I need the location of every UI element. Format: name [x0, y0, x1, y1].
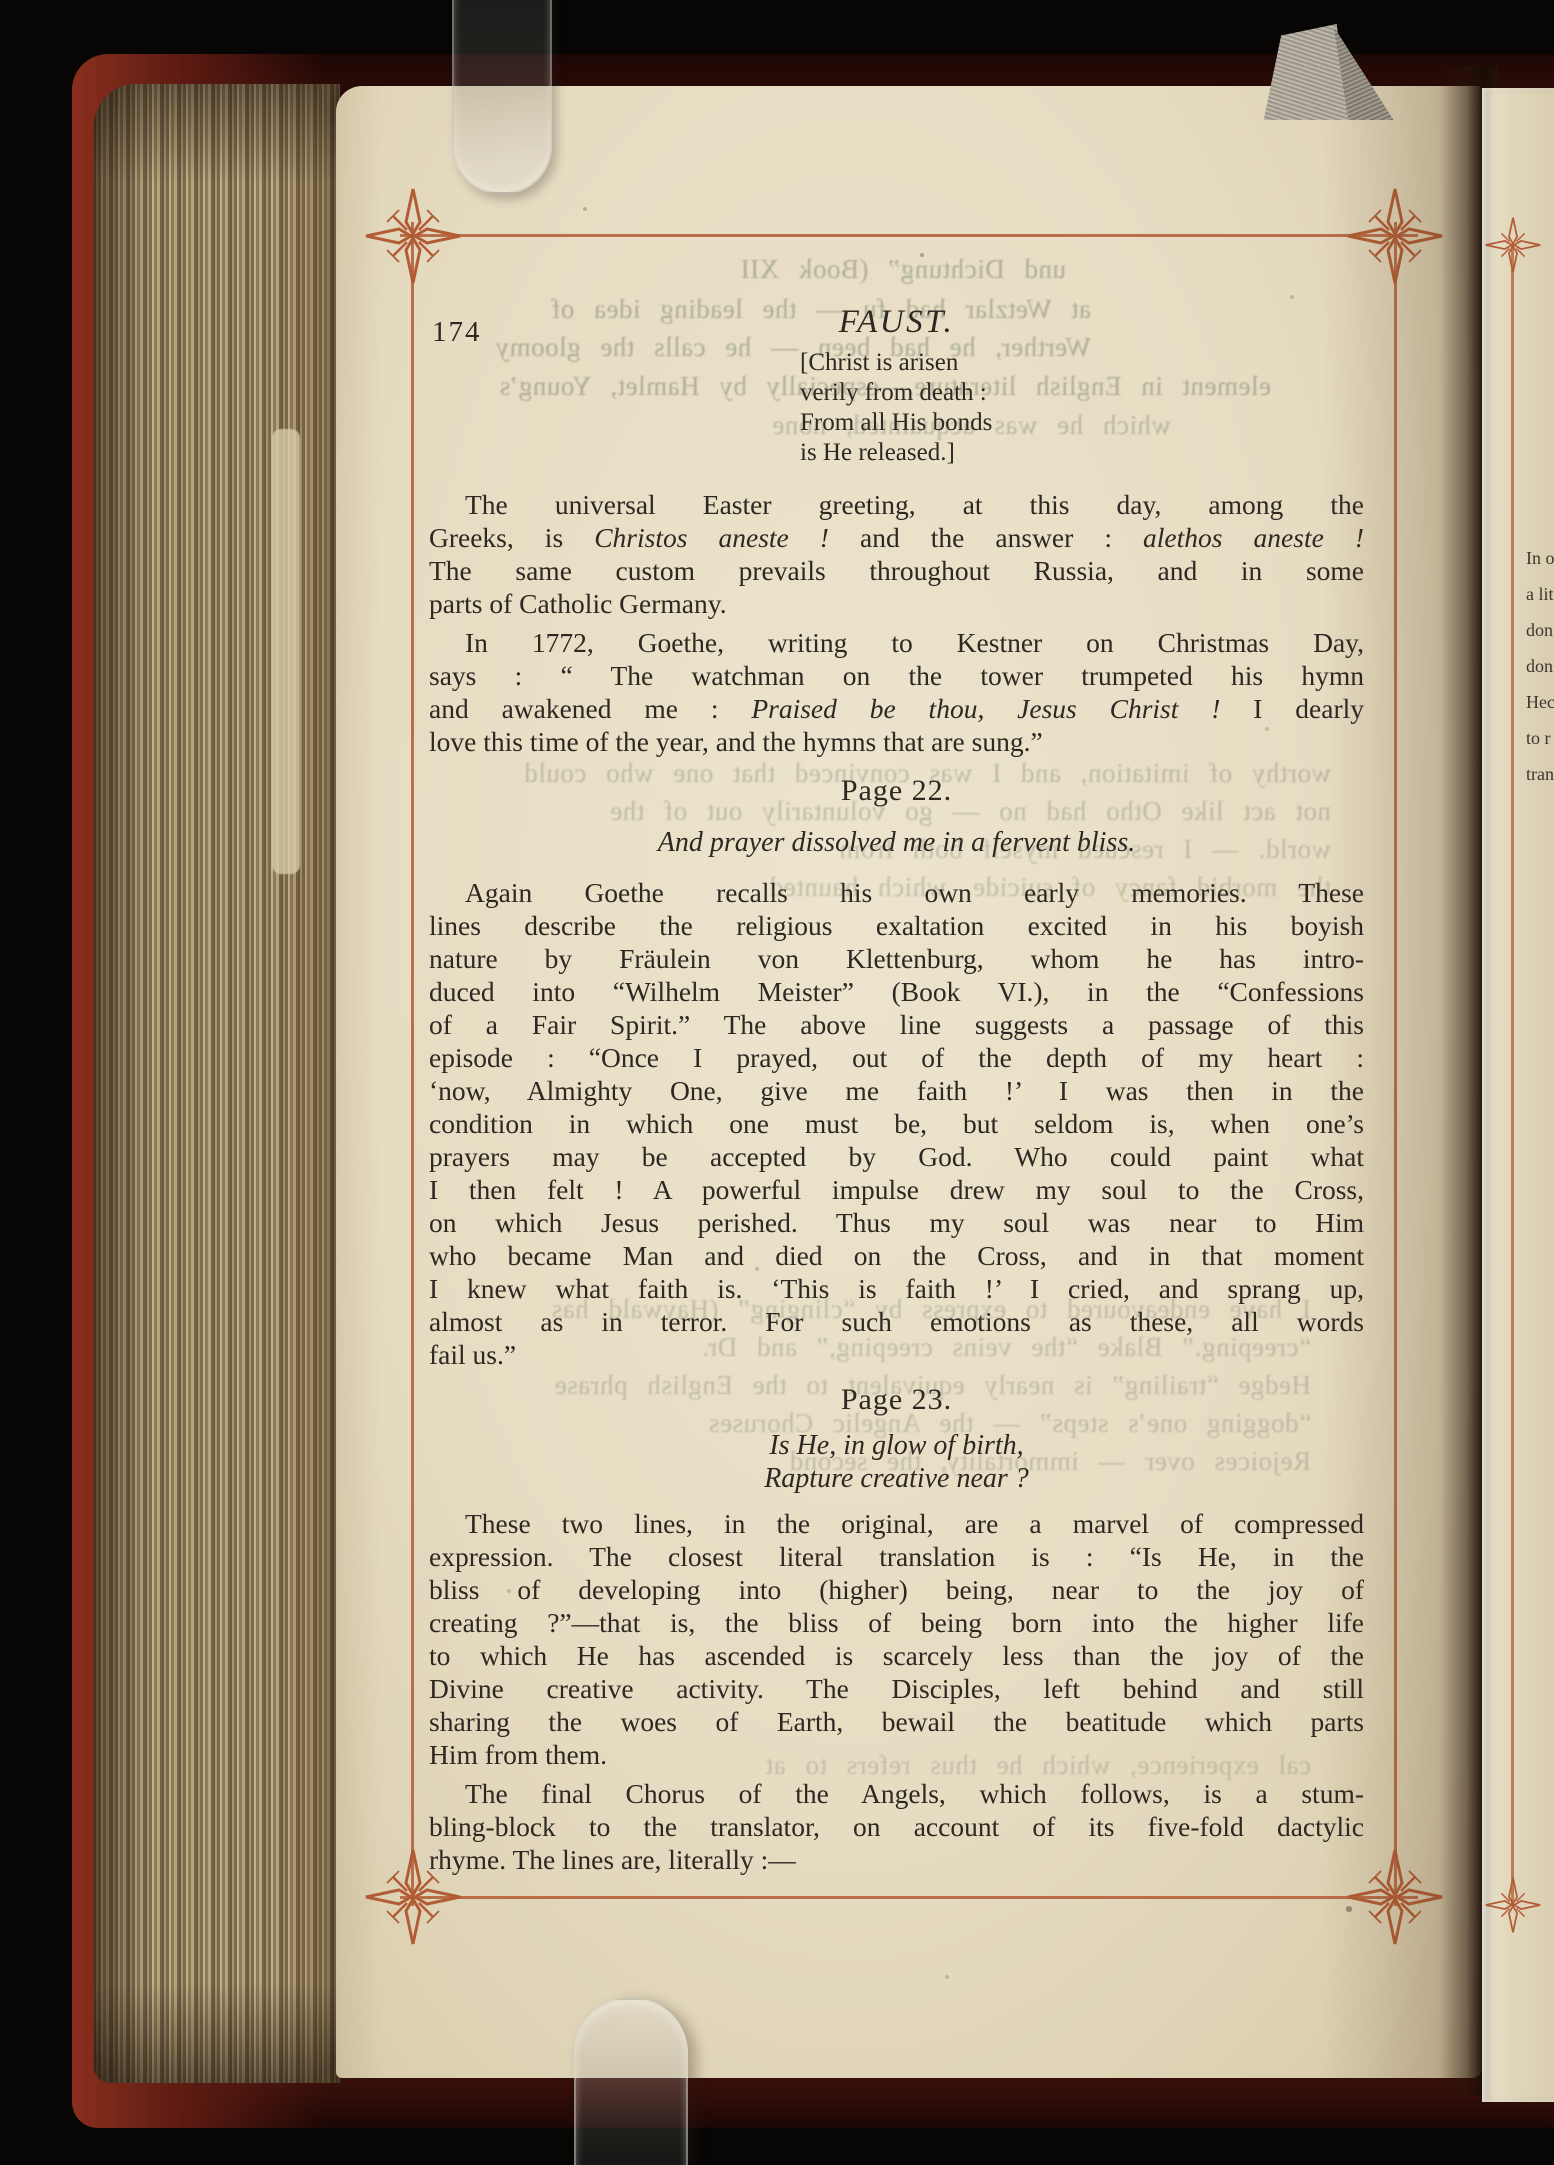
text-line: Again Goethe recalls his own early memor…: [429, 876, 1364, 909]
text-line: who became Man and died on the Cross, an…: [429, 1239, 1364, 1272]
corner-cross-ornament-top-right: [1345, 186, 1445, 286]
text-line: The same custom prevails throughout Russ…: [429, 554, 1364, 587]
photo-backdrop: und Dichtung” (Book XII at Wetzlar had f…: [0, 0, 1554, 2165]
page-edge-repair-strip: [272, 429, 300, 874]
page-edge-stack: [94, 84, 340, 2083]
text-line: creating ?”—that is, the bliss of being …: [429, 1606, 1364, 1639]
paragraph-4: These two lines, in the original, are a …: [429, 1507, 1364, 1771]
frame-border-left: [411, 222, 414, 1906]
text-line: of a Fair Spirit.” The above line sugges…: [429, 1008, 1364, 1041]
text-line: to which He has ascended is scarcely les…: [429, 1639, 1364, 1672]
transparent-clip-bottom: [574, 1998, 688, 2165]
right-page-text-fragment: Hec: [1526, 684, 1554, 720]
frame-border-bottom: [400, 1896, 1418, 1899]
quoted-verse-page-22: And prayer dissolved me in a fervent bli…: [429, 826, 1364, 859]
text-line: ‘now, Almighty One, give me faith !’ I w…: [429, 1074, 1364, 1107]
text-line: sharing the woes of Earth, bewail the be…: [429, 1705, 1364, 1738]
paragraph-2: In 1772, Goethe, writing to Kestner on C…: [429, 626, 1364, 758]
section-heading-page-23: Page 23.: [429, 1383, 1364, 1417]
text-line: love this time of the year, and the hymn…: [429, 725, 1364, 758]
text-line: says : “ The watchman on the tower trump…: [429, 659, 1364, 692]
text-line: parts of Catholic Germany.: [429, 587, 1364, 620]
epigraph-line: is He released.]: [800, 438, 992, 468]
right-page-frame-border: [1511, 246, 1514, 1906]
epigraph-line: verily from death :: [800, 378, 992, 408]
text-line: The universal Easter greeting, at this d…: [429, 488, 1364, 521]
corner-cross-ornament-top-left: [363, 186, 463, 286]
text-line: expression. The closest literal translat…: [429, 1540, 1364, 1573]
text-line: and awakened me : Praised be thou, Jesus…: [429, 692, 1364, 725]
right-page-text-fragment: a lit: [1526, 576, 1554, 612]
text-line: bliss of developing into (higher) being,…: [429, 1573, 1364, 1606]
transparent-clip-top: [452, 0, 552, 194]
right-page-text-fragment: don: [1526, 612, 1553, 648]
text-line: I then felt ! A powerful impulse drew my…: [429, 1173, 1364, 1206]
right-page-text-fragment: to r: [1526, 720, 1551, 756]
right-page-cross-ornament-bottom: [1484, 1876, 1542, 1934]
text-line: Greeks, is Christos aneste ! and the ans…: [429, 521, 1364, 554]
paragraph-3: Again Goethe recalls his own early memor…: [429, 876, 1364, 1371]
frame-border-top: [400, 234, 1418, 237]
right-page-text-fragment: tran: [1526, 756, 1554, 792]
text-line: episode : “Once I prayed, out of the dep…: [429, 1041, 1364, 1074]
text-line: almost as in terror. For such emotions a…: [429, 1305, 1364, 1338]
epigraph-line: From all His bonds: [800, 408, 992, 438]
text-line: on which Jesus perished. Thus my soul wa…: [429, 1206, 1364, 1239]
text-line: Him from them.: [429, 1738, 1364, 1771]
text-line: In 1772, Goethe, writing to Kestner on C…: [429, 626, 1364, 659]
text-line: These two lines, in the original, are a …: [429, 1507, 1364, 1540]
text-line: I knew what faith is. ‘This is faith !’ …: [429, 1272, 1364, 1305]
paragraph-5: The final Chorus of the Angels, which fo…: [429, 1777, 1364, 1876]
text-line: bling-block to the translator, on accoun…: [429, 1810, 1364, 1843]
quoted-verse-page-23: Is He, in glow of birth, Rapture creativ…: [429, 1429, 1364, 1495]
right-page-text-fragment: In o: [1526, 540, 1554, 576]
text-line: fail us.”: [429, 1338, 1364, 1371]
text-line: rhyme. The lines are, literally :—: [429, 1843, 1364, 1876]
epigraph-line: [Christ is arisen: [800, 348, 992, 378]
paragraph-1: The universal Easter greeting, at this d…: [429, 488, 1364, 620]
quote-line: Rapture creative near ?: [429, 1462, 1364, 1495]
text-line: Divine creative activity. The Disciples,…: [429, 1672, 1364, 1705]
text-line: prayers may be accepted by God. Who coul…: [429, 1140, 1364, 1173]
text-line: condition in which one must be, but seld…: [429, 1107, 1364, 1140]
left-page: und Dichtung” (Book XII at Wetzlar had f…: [336, 86, 1482, 2078]
quote-line: Is He, in glow of birth,: [429, 1429, 1364, 1462]
right-page-text-fragment: don: [1526, 648, 1553, 684]
text-line: lines describe the religious exaltation …: [429, 909, 1364, 942]
right-page-cross-ornament-top: [1484, 216, 1542, 274]
frame-border-right: [1394, 222, 1397, 1906]
cloth-tab: [1252, 24, 1398, 120]
text-line: nature by Fräulein von Klettenburg, whom…: [429, 942, 1364, 975]
text-line: duced into “Wilhelm Meister” (Book VI.),…: [429, 975, 1364, 1008]
epigraph-verse: [Christ is arisen verily from death : Fr…: [800, 348, 992, 468]
running-title: FAUST.: [429, 304, 1364, 341]
ghost-show-through-line: und Dichtung” (Book XII: [546, 254, 1066, 285]
text-line: The final Chorus of the Angels, which fo…: [429, 1777, 1364, 1810]
right-page-sliver: In o a lit don don Hec to r tran: [1482, 88, 1554, 2102]
section-heading-page-22: Page 22.: [429, 774, 1364, 808]
paper-speckles: [336, 86, 338, 88]
